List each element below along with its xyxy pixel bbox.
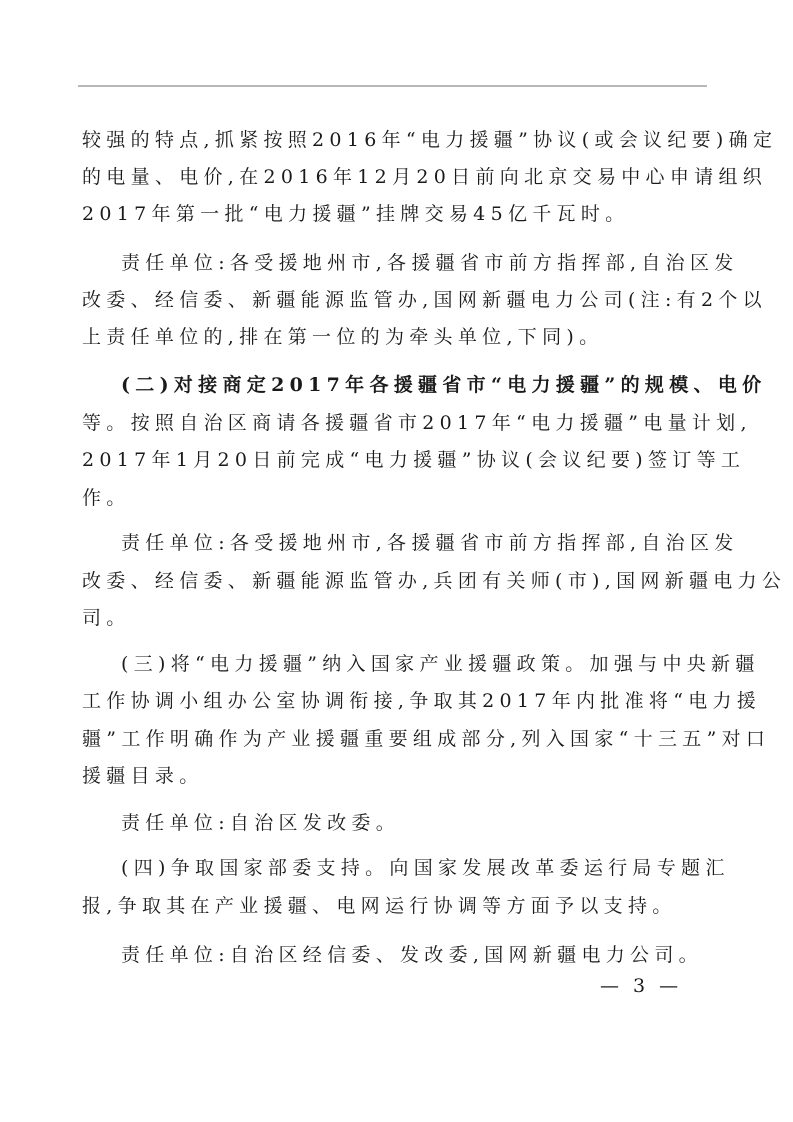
text-line: 2017年第一批“电力援疆”挂牌交易45亿千瓦时。 <box>82 202 712 226</box>
text-line: (二)对接商定2017年各援疆省市“电力援疆”的规模、电价 <box>121 373 712 397</box>
text-line: 责任单位:各受援地州市,各援疆省市前方指挥部,自治区发 <box>121 251 712 275</box>
text-line: 上责任单位的,排在第一位的为牵头单位,下同)。 <box>82 325 712 349</box>
text-line: 等。按照自治区商请各援疆省市2017年“电力援疆”电量计划, <box>82 411 712 435</box>
text-line: 责任单位:自治区经信委、发改委,国网新疆电力公司。 <box>121 943 712 967</box>
text-line: 作。 <box>82 486 712 510</box>
text-line: 责任单位:自治区发改委。 <box>121 811 712 835</box>
text-line: 援疆目录。 <box>82 764 712 788</box>
text-line: 疆”工作明确作为产业援疆重要组成部分,列入国家“十三五”对口 <box>82 727 712 751</box>
text-line: 司。 <box>82 606 712 630</box>
page-number: — 3 — <box>600 975 682 997</box>
text-line: 改委、经信委、新疆能源监管办,国网新疆电力公司(注:有2个以 <box>82 288 712 312</box>
text-line: (四)争取国家部委支持。向国家发展改革委运行局专题汇 <box>121 856 712 880</box>
text-line: (三)将“电力援疆”纳入国家产业援疆政策。加强与中央新疆 <box>121 652 712 676</box>
text-line: 报,争取其在产业援疆、电网运行协调等方面予以支持。 <box>82 894 712 918</box>
text-line: 改委、经信委、新疆能源监管办,兵团有关师(市),国网新疆电力公 <box>82 569 712 593</box>
text-line: 责任单位:各受援地州市,各援疆省市前方指挥部,自治区发 <box>121 531 712 555</box>
text-line: 较强的特点,抓紧按照2016年“电力援疆”协议(或会议纪要)确定 <box>82 128 712 152</box>
text-line: 的电量、电价,在2016年12月20日前向北京交易中心申请组织 <box>82 165 712 189</box>
text-line: 工作协调小组办公室协调衔接,争取其2017年内批准将“电力援 <box>82 689 712 713</box>
text-line: 2017年1月20日前完成“电力援疆”协议(会议纪要)签订等工 <box>82 448 712 472</box>
header-rule <box>78 85 707 87</box>
